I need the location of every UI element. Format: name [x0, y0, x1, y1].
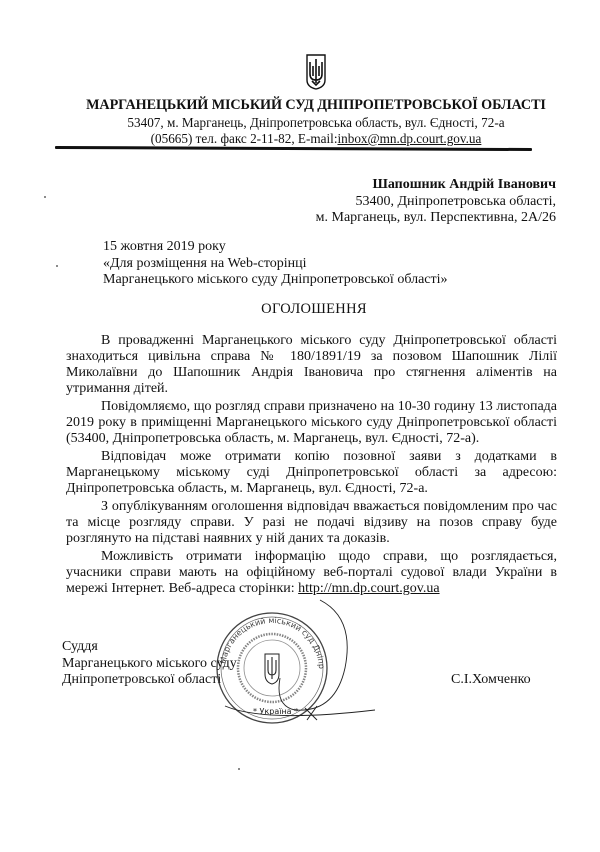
- paragraph-hearing-date: Повідомляємо, що розгляд справи призначе…: [66, 399, 557, 447]
- recipient-block: Шапошник Андрій Іванович 53400, Дніпропе…: [316, 177, 556, 227]
- scan-speck: [56, 265, 58, 267]
- recipient-name: Шапошник Андрій Іванович: [316, 177, 556, 194]
- recipient-address-line1: 53400, Дніпропетровська області,: [316, 194, 556, 211]
- placement-note-line1: «Для розміщення на Web-сторінці: [103, 256, 448, 273]
- judge-title: Суддя: [62, 639, 237, 656]
- scan-speck: [44, 196, 46, 198]
- coat-of-arms-icon: [306, 54, 326, 90]
- judge-court-line1: Марганецького міського суду: [62, 656, 237, 673]
- placement-note-line2: Марганецького міського суду Дніпропетров…: [103, 272, 448, 289]
- court-address: 53407, м. Марганець, Дніпропетровська об…: [0, 115, 600, 131]
- document-date: 15 жовтня 2019 року: [103, 239, 448, 256]
- judge-court-line2: Дніпропетровської області: [62, 672, 237, 689]
- document-heading: ОГОЛОШЕННЯ: [0, 301, 600, 318]
- svg-text:* Україна *: * Україна *: [253, 707, 298, 716]
- court-name: МАРГАНЕЦЬКИЙ МІСЬКИЙ СУД ДНІПРОПЕТРОВСЬК…: [0, 97, 600, 114]
- paragraph-claim-copy: Відповідач може отримати копію позовної …: [66, 449, 557, 497]
- judge-title-block: Суддя Марганецького міського суду Дніпро…: [62, 639, 237, 689]
- court-contacts: (05665) тел. факс 2-11-82, E-mail:inbox@…: [0, 131, 600, 147]
- contact-phone-fax: (05665) тел. факс 2-11-82, E-mail:: [151, 131, 338, 146]
- court-website-link[interactable]: http://mn.dp.court.gov.ua: [298, 581, 439, 596]
- paragraph-web-info: Можливість отримати інформацію щодо спра…: [66, 549, 557, 597]
- scan-speck: [238, 768, 240, 770]
- announcement-body: В провадженні Марганецького міського суд…: [66, 333, 557, 599]
- paragraph-notification: З опублікуванням оголошення відповідач в…: [66, 499, 557, 547]
- paragraph-case-info: В провадженні Марганецького міського суд…: [66, 333, 557, 397]
- court-email-link[interactable]: inbox@mn.dp.court.gov.ua: [337, 131, 481, 146]
- date-block: 15 жовтня 2019 року «Для розміщення на W…: [103, 239, 448, 289]
- signer-name: С.І.Хомченко: [451, 672, 531, 688]
- recipient-address-line2: м. Марганець, вул. Перспективна, 2А/26: [316, 210, 556, 227]
